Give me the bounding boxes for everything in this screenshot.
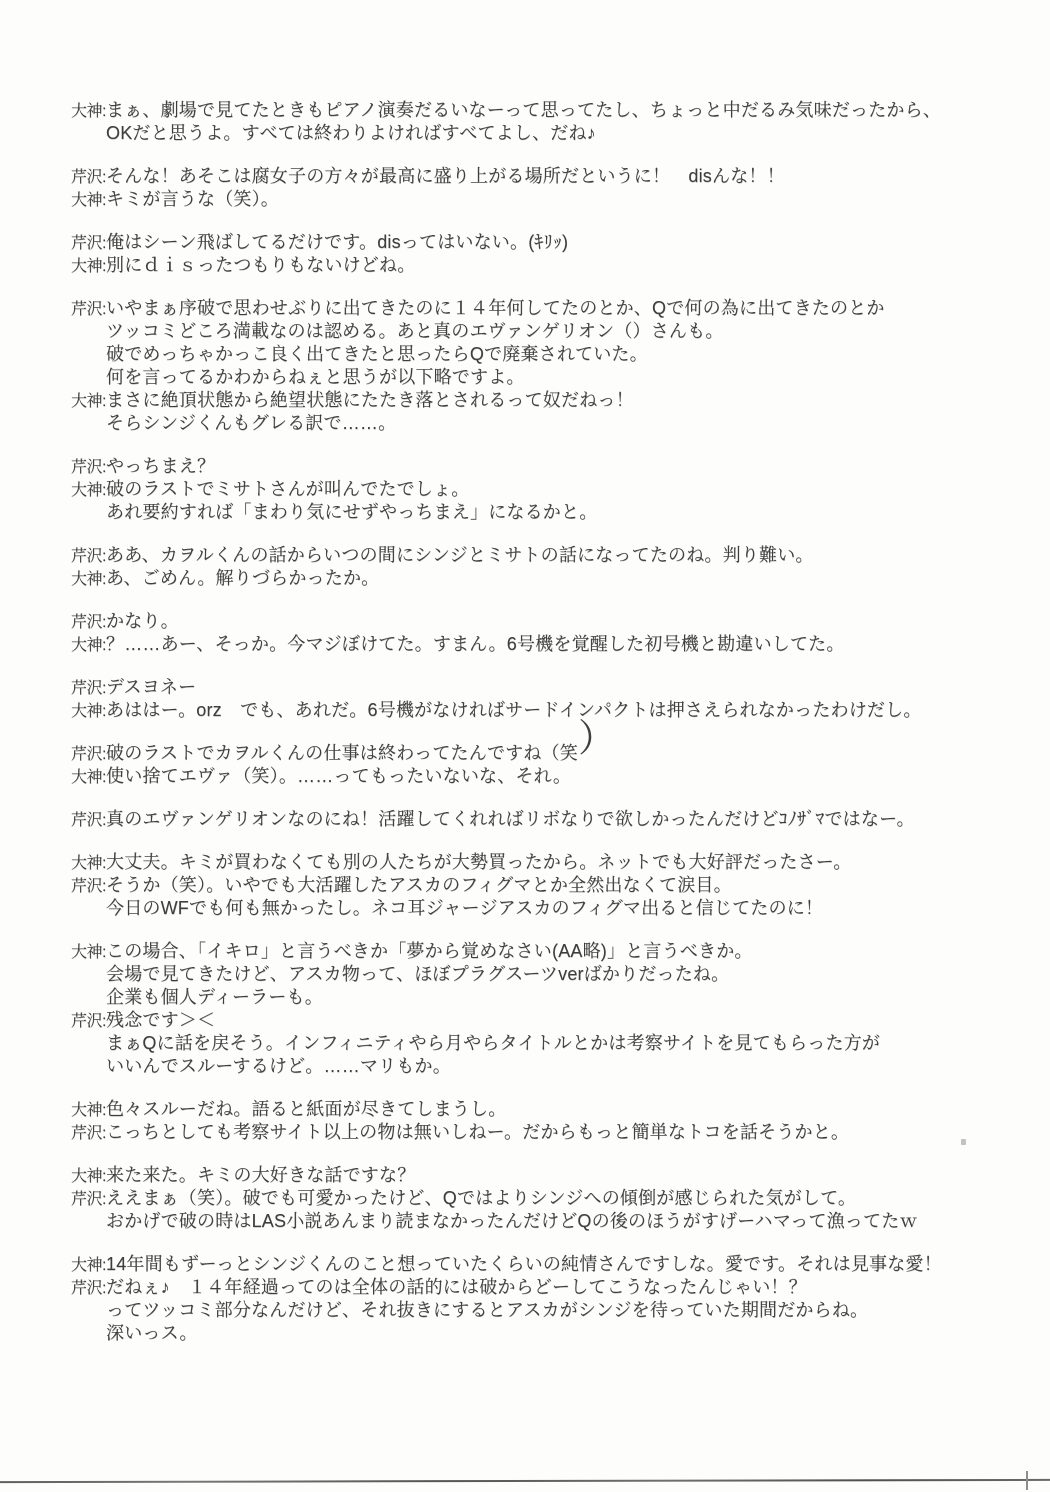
dialogue-paragraph: 芹沢: 俺はシーン飛ばしてるだけです。disってはいない。(ｷﾘｯ) 大神: 別… [71,231,1050,277]
speaker-label: 芹沢: [71,611,106,634]
dialogue-paragraph: 芹沢: 真のエヴァンゲリオンなのにね！活躍してくれればリボなりで欲しかったんだけ… [71,808,1050,831]
dialogue-paragraph: 芹沢: そんな！あそこは腐女子の方々が最高に盛り上がる場所だというに！ disん… [71,165,1050,211]
line-text: 深いっス。 [106,1322,198,1345]
dialogue-line: 芹沢: こっちとしても考察サイト以上の物は無いしねー。だからもっと簡単なトコを話… [71,1121,1050,1144]
dialogue-line: 芹沢: そんな！あそこは腐女子の方々が最高に盛り上がる場所だというに！ disん… [71,165,1050,188]
dialogue-line: 芹沢: デスヨネー [71,676,1050,699]
dialogue-paragraph: 大神: 来た来た。キミの大好きな話ですな？ 芹沢: ええまぁ（笑）。破でも可愛か… [71,1164,1050,1233]
scan-edge-line [0,1479,1050,1483]
scan-edge-tick [1026,1471,1028,1490]
speaker-label: 芹沢: [71,166,106,189]
speaker-label: 大神: [71,1099,106,1122]
speaker-label: 大神: [71,390,106,413]
line-text: だねぇ♪ １４年経過ってのは全体の話的には破からどーしてこうなったんじゃい！？ [106,1276,807,1299]
line-text: デスヨネー [106,676,196,699]
dialogue-line: いいんでスルーするけど。……マリもか。 [71,1055,1050,1078]
speaker-label: 芹沢: [71,677,106,700]
line-text: 14年間もずーっとシンジくんのこと想っていたくらいの純情さんですしな。愛です。そ… [106,1253,942,1276]
speaker-label: 大神: [71,255,106,278]
line-text: 破のラストでミサトさんが叫んでたでしょ。 [106,478,469,501]
line-text: キミが言うな（笑）。 [106,188,279,211]
dialogue-paragraph: 大神: 大丈夫。キミが買わなくても別の人たちが大勢買ったから。ネットでも大好評だ… [71,851,1050,920]
dialogue-line: 何を言ってるかわからねぇと思うが以下略ですよ。 [71,366,1050,389]
dialogue-paragraph: 大神: 色々スルーだね。語ると紙面が尽きてしまうし。 芹沢: こっちとしても考察… [71,1098,1050,1144]
speaker-label: 芹沢: [71,545,106,568]
dialogue-line: 企業も個人ディーラーも。 [71,986,1050,1009]
speaker-label: 芹沢: [71,809,106,832]
line-text: 企業も個人ディーラーも。 [106,986,323,1009]
speaker-label: 大神: [71,100,106,123]
dialogue-line: そらシンジくんもグレる訳で……。 [71,412,1050,435]
dialogue-paragraph: 芹沢: いやまぁ序破で思わせぶりに出てきたのに１４年何してたのとか、Qで何の為に… [71,297,1050,435]
dialogue-paragraph: 芹沢: かなり。 大神: ？……あー、そっか。今マジぼけてた。すまん。6号機を覚… [71,610,1050,656]
dialogue-line: 大神: この場合、「イキロ」と言うべきか「夢から覚めなさい(AA略)」と言うべき… [71,940,1050,963]
line-text: ああ、カヲルくんの話からいつの間にシンジとミサトの話になってたのね。判り難い。 [106,544,814,567]
speaker-label: 大神: [71,189,106,212]
dialogue-paragraph: 大神: まぁ、劇場で見てたときもピアノ演奏だるいなーって思ってたし、ちょっと中だ… [71,99,1050,145]
dialogue-transcript: 大神: まぁ、劇場で見てたときもピアノ演奏だるいなーって思ってたし、ちょっと中だ… [71,99,1050,1365]
line-text: まぁ、劇場で見てたときもピアノ演奏だるいなーって思ってたし、ちょっと中だるみ気味… [106,99,941,122]
line-text: ？……あー、そっか。今マジぼけてた。すまん。6号機を覚醒した初号機と勘違いしてた… [106,633,845,656]
dialogue-line: 芹沢: ああ、カヲルくんの話からいつの間にシンジとミサトの話になってたのね。判り… [71,544,1050,567]
dialogue-line: 芹沢: 真のエヴァンゲリオンなのにね！活躍してくれればリボなりで欲しかったんだけ… [71,808,1050,831]
dialogue-paragraph: 芹沢: ああ、カヲルくんの話からいつの間にシンジとミサトの話になってたのね。判り… [71,544,1050,590]
dialogue-line: 破でめっちゃかっこ良く出てきたと思ったらQで廃棄されていた。 [71,343,1050,366]
line-text: 俺はシーン飛ばしてるだけです。disってはいない。(ｷﾘｯ) [106,231,568,254]
dialogue-line: 芹沢: かなり。 [71,610,1050,633]
dialogue-line: 芹沢: ええまぁ（笑）。破でも可愛かったけど、Qではよりシンジへの傾倒が感じられ… [71,1187,1050,1210]
dialogue-line: 会場で見てきたけど、アスカ物って、ほぼプラグスーツverばかりだったね。 [71,963,1050,986]
dialogue-line: 大神: 破のラストでミサトさんが叫んでたでしょ。 [71,478,1050,501]
speaker-label: 大神: [71,766,106,789]
dialogue-line: まぁQに話を戻そう。インフィニティやら月やらタイトルとかは考察サイトを見てもらっ… [71,1032,1050,1055]
line-text: かなり。 [106,610,179,633]
speaker-label: 大神: [71,941,106,964]
dialogue-line: 大神: まぁ、劇場で見てたときもピアノ演奏だるいなーって思ってたし、ちょっと中だ… [71,99,1050,122]
line-text: 別にｄｉｓったつもりもないけどね。 [106,254,415,277]
line-text: 破でめっちゃかっこ良く出てきたと思ったらQで廃棄されていた。 [106,343,648,366]
dialogue-line: 大神: 来た来た。キミの大好きな話ですな？ [71,1164,1050,1187]
dialogue-line: 芹沢: だねぇ♪ １４年経過ってのは全体の話的には破からどーしてこうなったんじゃ… [71,1276,1050,1299]
dialogue-line: OKだと思うよ。すべては終わりよければすべてよし、だね♪ [71,122,1050,145]
line-text: あれ要約すれば「まわり気にせずやっちまえ」になるかと。 [106,501,597,524]
dialogue-line: 大神: ？……あー、そっか。今マジぼけてた。すまん。6号機を覚醒した初号機と勘違… [71,633,1050,656]
speaker-label: 芹沢: [71,1277,106,1300]
line-text: おかげで破の時はLAS小説あんまり読まなかったんだけどQの後のほうがすげーハマっ… [106,1210,918,1233]
speaker-label: 大神: [71,634,106,657]
dialogue-line: 芹沢: 破のラストでカヲルくんの仕事は終わってたんですね（笑 ） [71,742,1050,765]
line-text: いやまぁ序破で思わせぶりに出てきたのに１４年何してたのとか、Qで何の為に出てきた… [106,297,885,320]
dialogue-line: あれ要約すれば「まわり気にせずやっちまえ」になるかと。 [71,501,1050,524]
line-text: 来た来た。キミの大好きな話ですな？ [106,1164,415,1187]
line-text: やっちまえ？ [106,455,215,478]
line-text: こっちとしても考察サイト以上の物は無いしねー。だからもっと簡単なトコを話そうかと… [106,1121,849,1144]
line-text: まさに絶頂状態から絶望状態にたたき落とされるって奴だねっ！ [106,389,634,412]
speaker-label: 芹沢: [71,1010,106,1033]
line-text: OKだと思うよ。すべては終わりよければすべてよし、だね♪ [106,122,596,145]
line-text: あははー。orz でも、あれだ。6号機がなければサードインパクトは押さえられなか… [106,699,922,722]
dialogue-line: おかげで破の時はLAS小説あんまり読まなかったんだけどQの後のほうがすげーハマっ… [71,1210,1050,1233]
speaker-label: 大神: [71,1165,106,1188]
dialogue-line: 今日のWFでも何も無かったし。ネコ耳ジャージアスカのフィグマ出ると信じてたのに！ [71,897,1050,920]
speaker-label: 大神: [71,568,106,591]
speaker-label: 芹沢: [71,298,106,321]
speaker-label: 芹沢: [71,875,106,898]
scanned-page: 大神: まぁ、劇場で見てたときもピアノ演奏だるいなーって思ってたし、ちょっと中だ… [0,0,1050,1492]
dialogue-line: 大神: 色々スルーだね。語ると紙面が尽きてしまうし。 [71,1098,1050,1121]
line-text: 大丈夫。キミが買わなくても別の人たちが大勢買ったから。ネットでも大好評だったさー… [106,851,851,874]
speaker-label: 芹沢: [71,743,106,766]
dialogue-line: ってツッコミ部分なんだけど、それ抜きにするとアスカがシンジを待っていた期間だから… [71,1299,1050,1322]
speaker-label: 芹沢: [71,1122,106,1145]
dialogue-line: 芹沢: 残念です＞＜ [71,1009,1050,1032]
speaker-label: 大神: [71,700,106,723]
dialogue-line: 大神: あ、ごめん。解りづらかったか。 [71,567,1050,590]
line-text: ツッコミどころ満載なのは認める。あと真のエヴァンゲリオン（）さんも。 [106,320,724,343]
speaker-label: 大神: [71,1254,106,1277]
line-text: 色々スルーだね。語ると紙面が尽きてしまうし。 [106,1098,506,1121]
speaker-label: 大神: [71,852,106,875]
scan-speck [961,1139,966,1145]
speaker-label: 芹沢: [71,232,106,255]
line-text: そうか（笑）。いやでも大活躍したアスカのフィグマとか全然出なくて涙目。 [106,874,732,897]
dialogue-line: 大神: 使い捨てエヴァ（笑）。……ってもったいないな、それ。 [71,765,1050,788]
dialogue-line: 芹沢: 俺はシーン飛ばしてるだけです。disってはいない。(ｷﾘｯ) [71,231,1050,254]
line-text: ええまぁ（笑）。破でも可愛かったけど、Qではよりシンジへの傾倒が感じられた気がし… [106,1187,856,1210]
dialogue-line: 芹沢: やっちまえ？ [71,455,1050,478]
dialogue-line: 大神: キミが言うな（笑）。 [71,188,1050,211]
dialogue-line: ツッコミどころ満載なのは認める。あと真のエヴァンゲリオン（）さんも。 [71,320,1050,343]
dialogue-line: 芹沢: いやまぁ序破で思わせぶりに出てきたのに１４年何してたのとか、Qで何の為に… [71,297,1050,320]
line-text: 破のラストでカヲルくんの仕事は終わってたんですね（笑 [106,742,578,765]
dialogue-paragraph: 大神: この場合、「イキロ」と言うべきか「夢から覚めなさい(AA略)」と言うべき… [71,940,1050,1078]
line-text: そらシンジくんもグレる訳で……。 [106,412,396,435]
dialogue-line: 大神: 別にｄｉｓったつもりもないけどね。 [71,254,1050,277]
speaker-label: 大神: [71,479,106,502]
speaker-label: 芹沢: [71,456,106,479]
line-text: 何を言ってるかわからねぇと思うが以下略ですよ。 [106,366,525,389]
dialogue-paragraph: 芹沢: デスヨネー 大神: あははー。orz でも、あれだ。6号機がなければサー… [71,676,1050,722]
dialogue-line: 芹沢: そうか（笑）。いやでも大活躍したアスカのフィグマとか全然出なくて涙目。 [71,874,1050,897]
line-text: この場合、「イキロ」と言うべきか「夢から覚めなさい(AA略)」と言うべきか。 [106,940,753,963]
line-text: 真のエヴァンゲリオンなのにね！活躍してくれればリボなりで欲しかったんだけどｺﾉｻ… [106,808,915,831]
dialogue-line: 大神: 大丈夫。キミが買わなくても別の人たちが大勢買ったから。ネットでも大好評だ… [71,851,1050,874]
dialogue-line: 大神: まさに絶頂状態から絶望状態にたたき落とされるって奴だねっ！ [71,389,1050,412]
dialogue-line: 大神: あははー。orz でも、あれだ。6号機がなければサードインパクトは押さえ… [71,699,1050,722]
line-text: まぁQに話を戻そう。インフィニティやら月やらタイトルとかは考察サイトを見てもらっ… [106,1032,880,1055]
line-text: 会場で見てきたけど、アスカ物って、ほぼプラグスーツverばかりだったね。 [106,963,729,986]
speaker-label: 芹沢: [71,1188,106,1211]
line-text: ってツッコミ部分なんだけど、それ抜きにするとアスカがシンジを待っていた期間だから… [106,1299,868,1322]
line-text: 使い捨てエヴァ（笑）。……ってもったいないな、それ。 [106,765,571,788]
dialogue-line: 深いっス。 [71,1322,1050,1345]
dialogue-paragraph: 芹沢: 破のラストでカヲルくんの仕事は終わってたんですね（笑 ） 大神: 使い捨… [71,742,1050,788]
line-text: そんな！あそこは腐女子の方々が最高に盛り上がる場所だというに！ disんな！！ [106,165,785,188]
dialogue-line: 大神: 14年間もずーっとシンジくんのこと想っていたくらいの純情さんですしな。愛… [71,1253,1050,1276]
line-text: いいんでスルーするけど。……マリもか。 [106,1055,451,1078]
dialogue-paragraph: 大神: 14年間もずーっとシンジくんのこと想っていたくらいの純情さんですしな。愛… [71,1253,1050,1345]
line-text: 残念です＞＜ [106,1009,215,1032]
line-text: 今日のWFでも何も無かったし。ネコ耳ジャージアスカのフィグマ出ると信じてたのに！ [106,897,823,920]
line-text: あ、ごめん。解りづらかったか。 [106,567,379,590]
dialogue-paragraph: 芹沢: やっちまえ？ 大神: 破のラストでミサトさんが叫んでたでしょ。 あれ要約… [71,455,1050,524]
